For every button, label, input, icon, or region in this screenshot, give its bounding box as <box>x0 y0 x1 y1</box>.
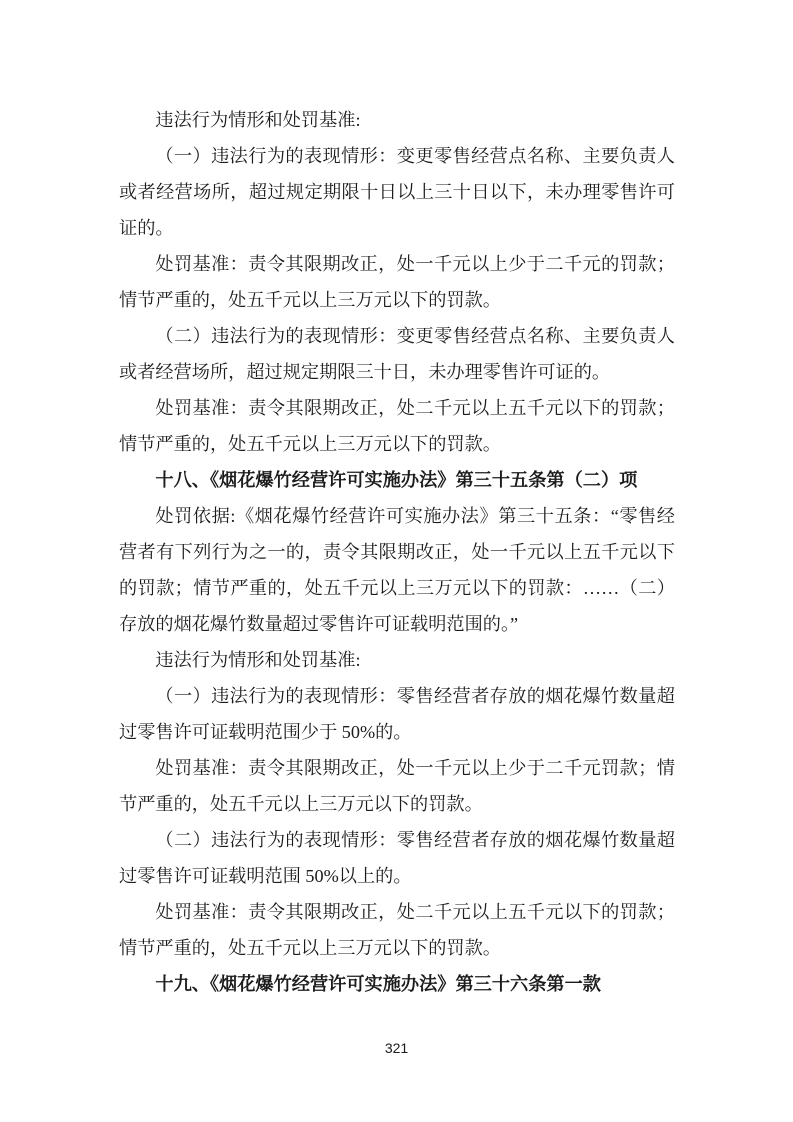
item-1-violation: （一）违法行为的表现情形：变更零售经营点名称、主要负责人或者经营场所，超过规定期… <box>119 138 675 246</box>
section-18-heading: 十八、《烟花爆竹经营许可实施办法》第三十五条第（二）项 <box>119 462 675 498</box>
document-page: 违法行为情形和处罚基准: （一）违法行为的表现情形：变更零售经营点名称、主要负责… <box>0 0 793 1122</box>
page-number: 321 <box>0 1040 793 1056</box>
section-18-item-1-violation: （一）违法行为的表现情形：零售经营者存放的烟花爆竹数量超过零售许可证载明范围少于… <box>119 678 675 750</box>
section-19-heading: 十九、《烟花爆竹经营许可实施办法》第三十六条第一款 <box>119 966 675 1002</box>
section-18-basis-intro: 违法行为情形和处罚基准: <box>119 642 675 678</box>
section-18-penalty-basis: 处罚依据:《烟花爆竹经营许可实施办法》第三十五条：“零售经营者有下列行为之一的，… <box>119 498 675 642</box>
item-2-penalty: 处罚基准：责令其限期改正，处二千元以上五千元以下的罚款；情节严重的，处五千元以上… <box>119 390 675 462</box>
section-18-item-2-penalty: 处罚基准：责令其限期改正，处二千元以上五千元以下的罚款；情节严重的，处五千元以上… <box>119 894 675 966</box>
item-1-penalty: 处罚基准：责令其限期改正，处一千元以上少于二千元的罚款；情节严重的，处五千元以上… <box>119 246 675 318</box>
section-18-item-2-violation: （二）违法行为的表现情形：零售经营者存放的烟花爆竹数量超过零售许可证载明范围 5… <box>119 822 675 894</box>
section-18-item-1-penalty: 处罚基准：责令其限期改正，处一千元以上少于二千元罚款；情节严重的，处五千元以上三… <box>119 750 675 822</box>
document-body: 违法行为情形和处罚基准: （一）违法行为的表现情形：变更零售经营点名称、主要负责… <box>119 102 675 1002</box>
penalty-basis-intro: 违法行为情形和处罚基准: <box>119 102 675 138</box>
item-2-violation: （二）违法行为的表现情形：变更零售经营点名称、主要负责人或者经营场所，超过规定期… <box>119 318 675 390</box>
